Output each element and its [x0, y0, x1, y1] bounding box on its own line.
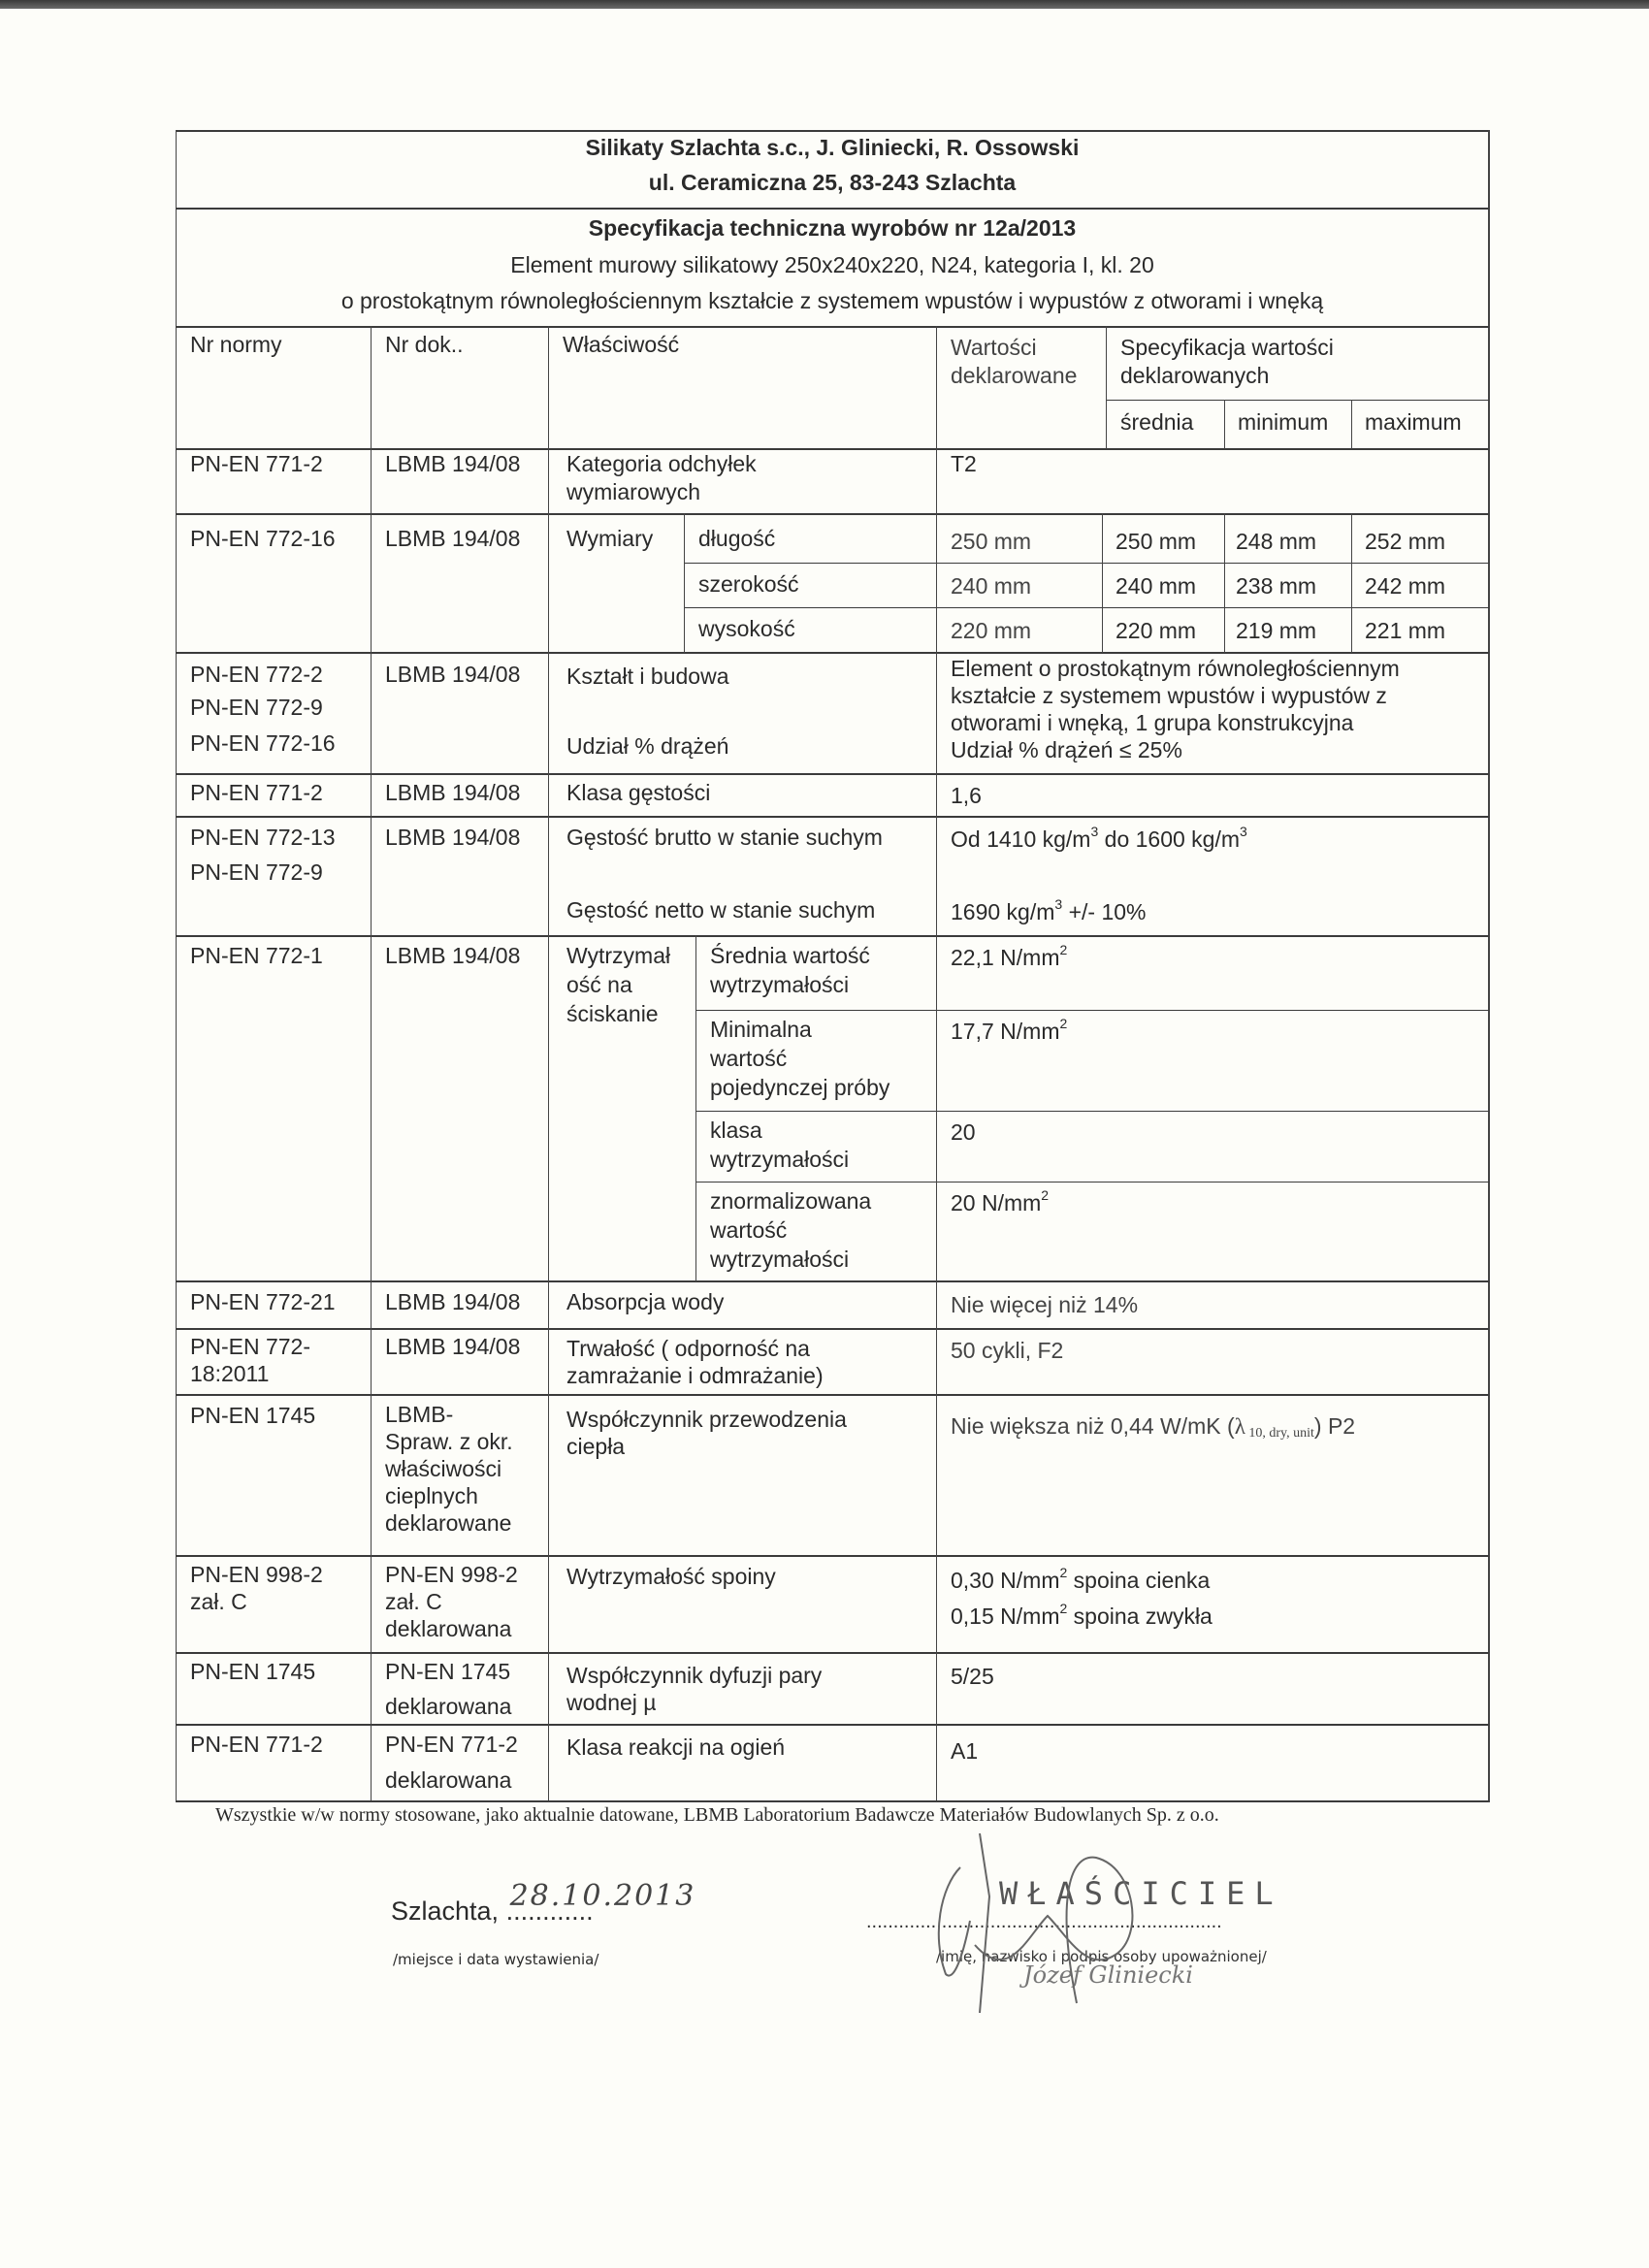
strength-item-name: Minimalna — [710, 1015, 812, 1044]
col-header-spec-1: Specyfikacja wartości — [1120, 333, 1334, 362]
value-cell: 1690 kg/m3 +/- 10% — [951, 897, 1147, 926]
property-cell: Kształt i budowa — [566, 662, 728, 691]
property-cell: Wytrzymał — [566, 941, 670, 970]
doc-cell: LBMB 194/08 — [385, 823, 520, 852]
doc-cell: LBMB 194/08 — [385, 941, 520, 970]
norm-cell: PN-EN 772-2 — [190, 660, 323, 689]
strength-item-name: wytrzymałości — [710, 1245, 849, 1274]
value-cell: A1 — [951, 1736, 978, 1766]
dimension-declared: 240 mm — [951, 571, 1031, 600]
norm-cell: PN-EN 772-16 — [190, 524, 336, 553]
dimension-name: wysokość — [698, 614, 795, 643]
footnote: Wszystkie w/w normy stosowane, jako aktu… — [215, 1804, 1219, 1827]
norm-cell: PN-EN 1745 — [190, 1401, 315, 1430]
property-cell: Gęstość netto w stanie suchym — [566, 895, 875, 924]
dimension-min: 238 mm — [1236, 571, 1316, 600]
doc-cell: LBMB 194/08 — [385, 449, 520, 478]
strength-item-name: klasa — [710, 1116, 762, 1145]
dimension-declared: 220 mm — [951, 616, 1031, 645]
property-cell: zamrażanie i odmrażanie) — [566, 1361, 824, 1390]
dimension-mean: 220 mm — [1115, 616, 1196, 645]
dimension-max: 242 mm — [1365, 571, 1445, 600]
doc-cell: cieplnych — [385, 1482, 478, 1509]
strength-item-name: wartość — [710, 1215, 787, 1245]
doc-cell: LBMB 194/08 — [385, 524, 520, 553]
value-cell: T2 — [951, 449, 977, 478]
dimension-name: długość — [698, 524, 775, 553]
property-cell: wodnej µ — [566, 1688, 657, 1717]
handwritten-date: 28.10.2013 — [510, 1879, 696, 1913]
dimension-min: 248 mm — [1236, 527, 1316, 556]
product-description: Element murowy silikatowy 250x240x220, N… — [176, 250, 1489, 279]
dimension-mean: 250 mm — [1115, 527, 1196, 556]
product-shape: o prostokątnym równoległościennym kształ… — [176, 286, 1489, 315]
norm-cell: PN-EN 772-9 — [190, 693, 323, 722]
dimension-name: szerokość — [698, 569, 799, 599]
place-caption: /miejsce i data wystawienia/ — [393, 1951, 598, 1968]
property-cell: Udział % drążeń — [566, 731, 728, 761]
value-cell: Od 1410 kg/m3 do 1600 kg/m3 — [951, 825, 1247, 854]
doc-cell: deklarowane — [385, 1509, 511, 1537]
strength-item-name: wartość — [710, 1044, 787, 1073]
norm-cell: PN-EN 772-1 — [190, 941, 323, 970]
norm-cell: PN-EN 998-2 — [190, 1560, 323, 1589]
norm-cell: zał. C — [190, 1587, 247, 1616]
norm-cell: PN-EN 771-2 — [190, 778, 323, 807]
strength-item-name: wytrzymałości — [710, 970, 849, 999]
place-label: Szlachta, — [391, 1896, 499, 1926]
property-cell: wymiarowych — [566, 477, 700, 506]
col-header-declared-2: deklarowane — [951, 361, 1077, 390]
company-address: ul. Ceramiczna 25, 83-243 Szlachta — [176, 168, 1489, 197]
norm-cell: PN-EN 772-21 — [190, 1287, 336, 1316]
value-cell: 0,30 N/mm2 spoina cienka — [951, 1566, 1210, 1595]
doc-cell: właściwości — [385, 1455, 501, 1482]
doc-cell: LBMB 194/08 — [385, 660, 520, 689]
value-cell: kształcie z systemem wpustów i wypustów … — [951, 682, 1387, 709]
col-header-declared-1: Wartości — [951, 333, 1037, 362]
strength-item-name: pojedynczej próby — [710, 1073, 889, 1102]
doc-cell: PN-EN 1745 — [385, 1657, 510, 1686]
doc-cell: PN-EN 771-2 — [385, 1730, 518, 1759]
signature-scribble-icon — [921, 1829, 1183, 2013]
doc-cell: Spraw. z okr. — [385, 1428, 513, 1455]
doc-cell: LBMB 194/08 — [385, 778, 520, 807]
property-cell: ciepła — [566, 1432, 625, 1461]
value-cell: Element o prostokątnym równoległościenny… — [951, 655, 1400, 682]
col-header-mean: średnia — [1120, 407, 1193, 437]
spec-title: Specyfikacja techniczna wyrobów nr 12a/2… — [176, 213, 1489, 243]
norm-cell: 18:2011 — [190, 1359, 269, 1388]
property-cell: Kategoria odchyłek — [566, 449, 757, 478]
strength-item-value: 20 — [951, 1118, 976, 1147]
property-cell: Wymiary — [566, 524, 653, 553]
strength-item-name: znormalizowana — [710, 1186, 871, 1215]
value-cell: Nie więcej niż 14% — [951, 1290, 1138, 1319]
value-cell: Nie większa niż 0,44 W/mK (λ 10, dry, un… — [951, 1411, 1355, 1448]
dimension-declared: 250 mm — [951, 527, 1031, 556]
col-header-spec-2: deklarowanych — [1120, 361, 1269, 390]
norm-cell: PN-EN 772-16 — [190, 729, 336, 758]
doc-cell: zał. C — [385, 1587, 442, 1616]
strength-item-value: 22,1 N/mm2 — [951, 943, 1067, 972]
doc-cell: LBMB- — [385, 1401, 453, 1428]
doc-cell: LBMB 194/08 — [385, 1332, 520, 1361]
dimension-mean: 240 mm — [1115, 571, 1196, 600]
place-date: Szlachta, ............ 28.10.2013 — [391, 1896, 594, 1927]
company-name: Silikaty Szlachta s.c., J. Gliniecki, R.… — [176, 133, 1489, 162]
doc-cell: deklarowana — [385, 1692, 511, 1721]
norm-cell: PN-EN 1745 — [190, 1657, 315, 1686]
property-cell: Absorpcja wody — [566, 1287, 724, 1316]
property-cell: Wytrzymałość spoiny — [566, 1562, 776, 1591]
property-cell: ściskanie — [566, 999, 659, 1028]
property-cell: ość na — [566, 970, 632, 999]
norm-cell: PN-EN 771-2 — [190, 1730, 323, 1759]
strength-item-name: Średnia wartość — [710, 941, 870, 970]
value-cell: 1,6 — [951, 781, 982, 810]
value-cell: otworami i wnęką, 1 grupa konstrukcyjna — [951, 709, 1353, 736]
strength-item-value: 17,7 N/mm2 — [951, 1017, 1067, 1046]
property-cell: Współczynnik przewodzenia — [566, 1405, 847, 1434]
property-cell: Trwałość ( odporność na — [566, 1334, 810, 1363]
col-header-doc: Nr dok.. — [385, 330, 464, 359]
strength-item-value: 20 N/mm2 — [951, 1188, 1049, 1217]
col-header-property: Właściwość — [563, 330, 679, 359]
col-header-norm: Nr normy — [190, 330, 282, 359]
value-cell: Udział % drążeń ≤ 25% — [951, 736, 1182, 763]
doc-cell: PN-EN 998-2 — [385, 1560, 518, 1589]
property-cell: Klasa gęstości — [566, 778, 710, 807]
norm-cell: PN-EN 772-9 — [190, 858, 323, 887]
dimension-min: 219 mm — [1236, 616, 1316, 645]
col-header-min: minimum — [1238, 407, 1328, 437]
norm-cell: PN-EN 771-2 — [190, 449, 323, 478]
norm-cell: PN-EN 772-13 — [190, 823, 336, 852]
doc-cell: deklarowana — [385, 1614, 511, 1643]
strength-item-name: wytrzymałości — [710, 1145, 849, 1174]
dimension-max: 221 mm — [1365, 616, 1445, 645]
dimension-max: 252 mm — [1365, 527, 1445, 556]
doc-cell: LBMB 194/08 — [385, 1287, 520, 1316]
property-cell: Gęstość brutto w stanie suchym — [566, 823, 883, 852]
value-cell: 0,15 N/mm2 spoina zwykła — [951, 1602, 1212, 1631]
value-cell: 5/25 — [951, 1662, 994, 1691]
property-cell: Klasa reakcji na ogień — [566, 1733, 785, 1762]
norm-cell: PN-EN 772- — [190, 1332, 310, 1361]
value-cell: 50 cykli, F2 — [951, 1336, 1063, 1365]
scan-top-edge — [0, 0, 1649, 9]
doc-cell: deklarowana — [385, 1766, 511, 1795]
col-header-max: maximum — [1365, 407, 1462, 437]
property-cell: Współczynnik dyfuzji pary — [566, 1661, 822, 1690]
